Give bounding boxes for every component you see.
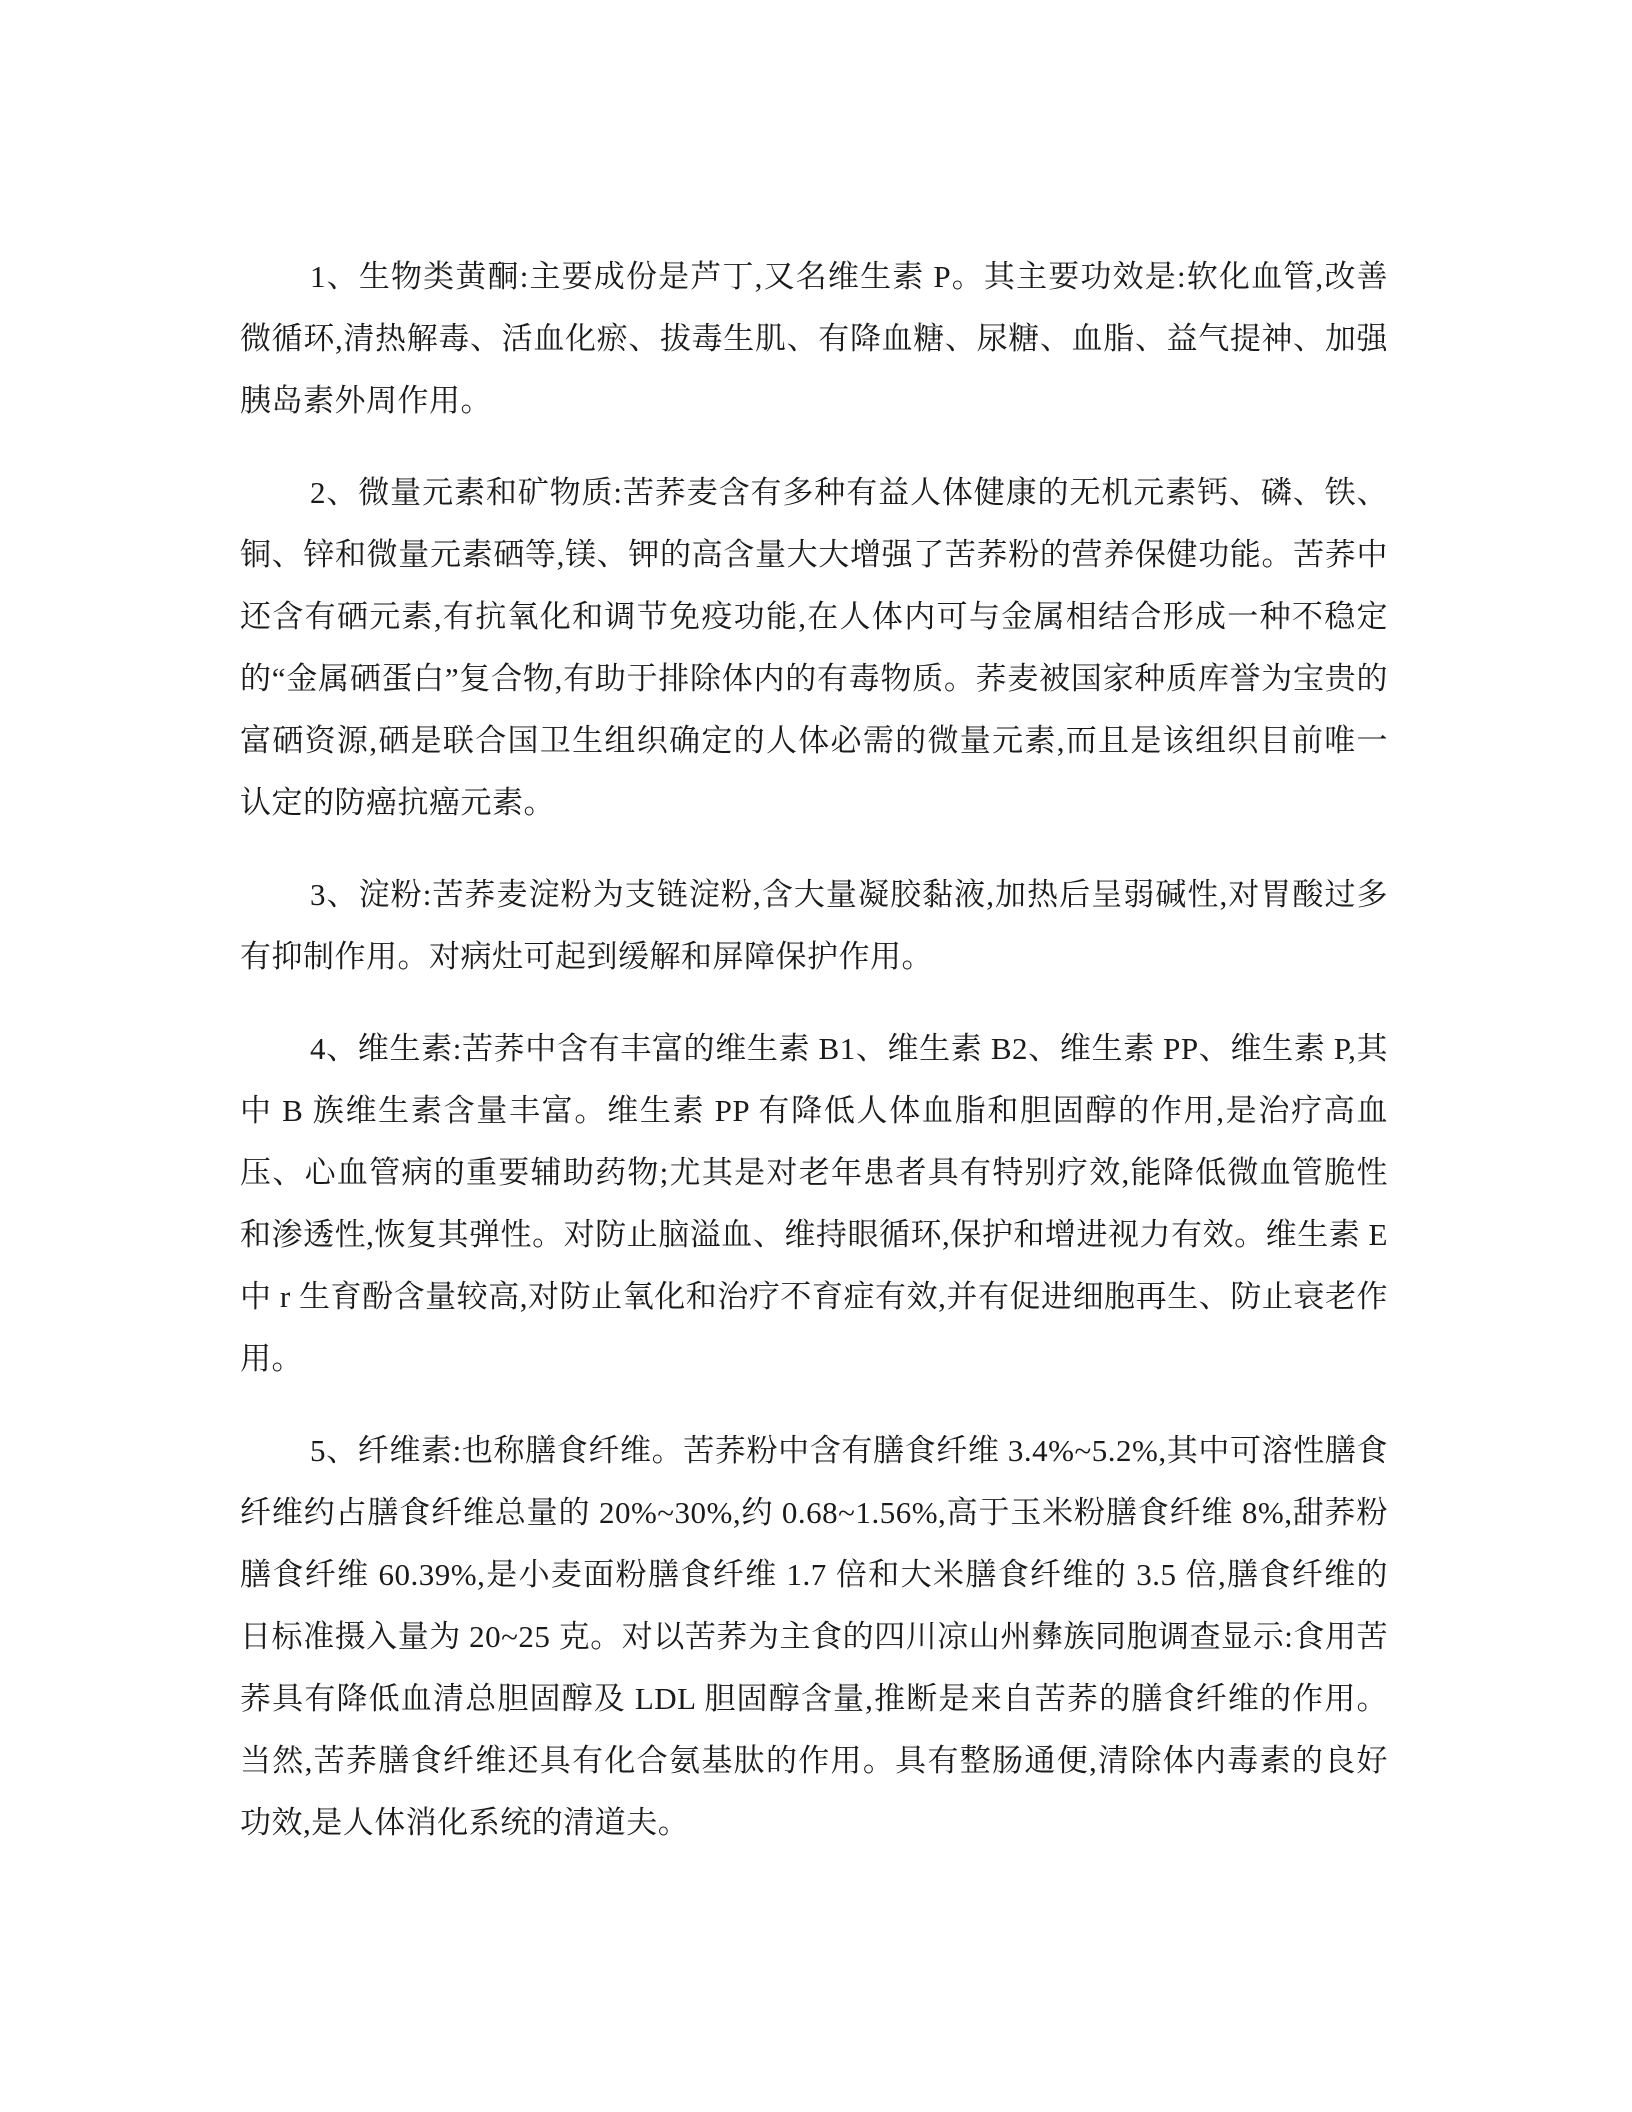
paragraph-bioflavonoids: 1、生物类黄酮:主要成份是芦丁,又名维生素 P。其主要功效是:软化血管,改善微循… bbox=[240, 246, 1388, 432]
paragraph-trace-elements: 2、微量元素和矿物质:苦荞麦含有多种有益人体健康的无机元素钙、磷、铁、铜、锌和微… bbox=[240, 462, 1388, 834]
paragraph-starch: 3、淀粉:苦荞麦淀粉为支链淀粉,含大量凝胶黏液,加热后呈弱碱性,对胃酸过多有抑制… bbox=[240, 864, 1388, 988]
paragraph-vitamins: 4、维生素:苦荞中含有丰富的维生素 B1、维生素 B2、维生素 PP、维生素 P… bbox=[240, 1018, 1388, 1390]
paragraph-fiber: 5、纤维素:也称膳食纤维。苦荞粉中含有膳食纤维 3.4%~5.2%,其中可溶性膳… bbox=[240, 1420, 1388, 1854]
document-page: 1、生物类黄酮:主要成份是芦丁,又名维生素 P。其主要功效是:软化血管,改善微循… bbox=[0, 0, 1632, 2112]
